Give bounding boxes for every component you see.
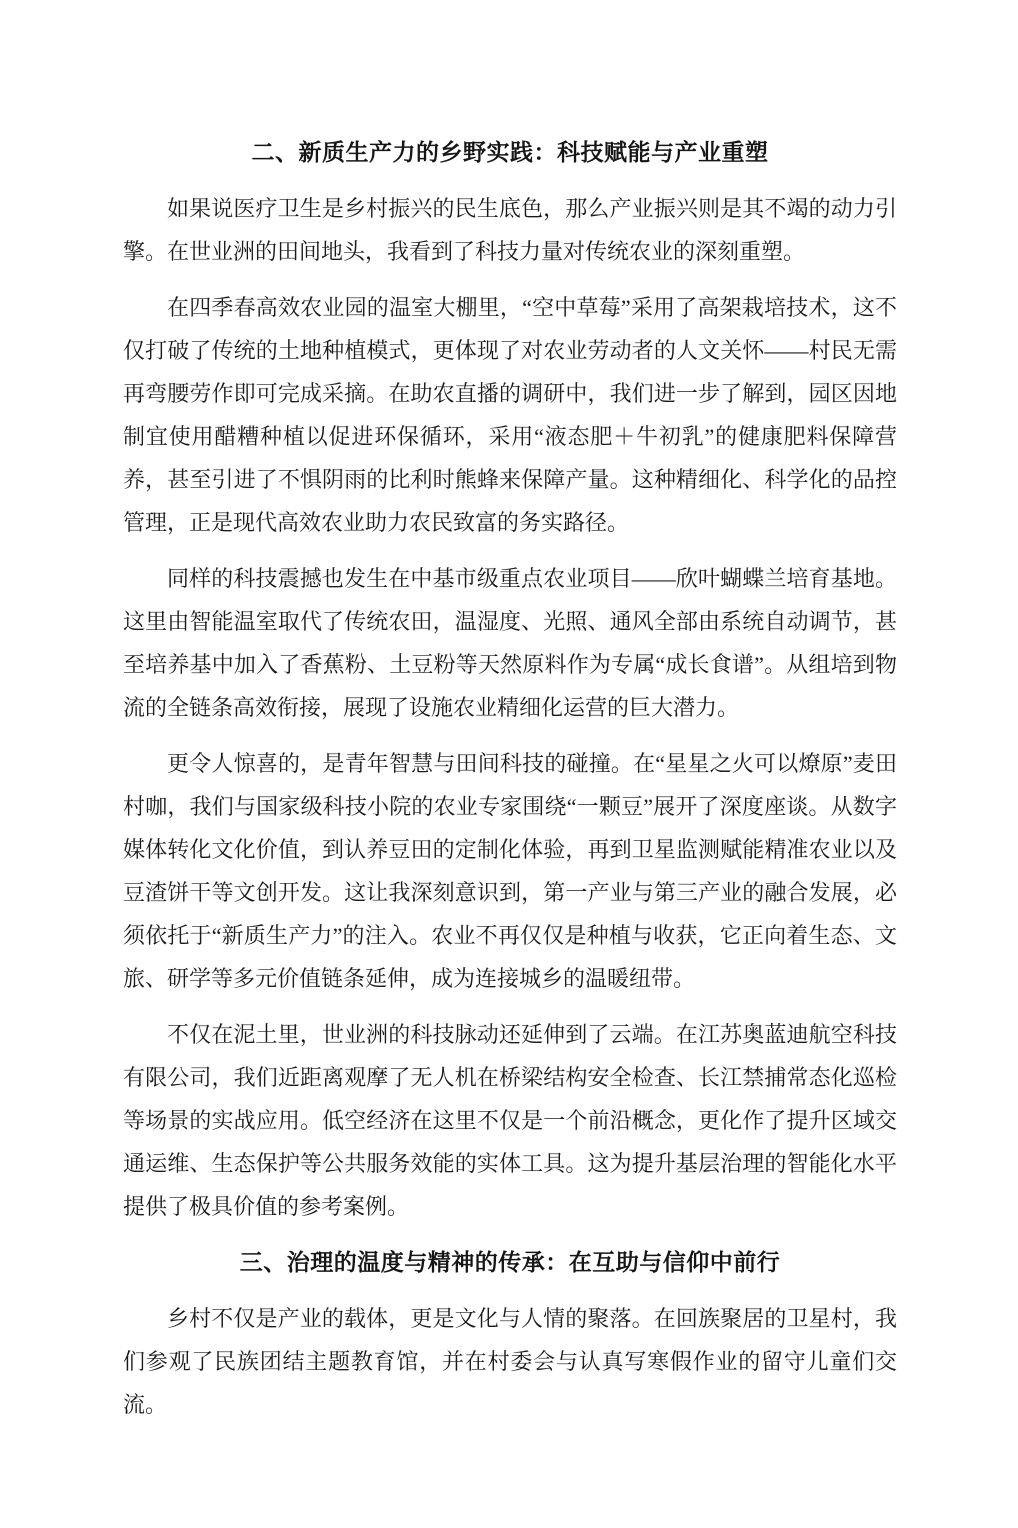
- document-page: 二、新质生产力的乡野实践：科技赋能与产业重塑 如果说医疗卫生是乡村振兴的民生底色…: [0, 0, 1018, 1528]
- paragraph-intro: 如果说医疗卫生是乡村振兴的民生底色，那么产业振兴则是其不竭的动力引擎。在世业洲的…: [123, 187, 897, 273]
- paragraph-orchid-base: 同样的科技震撼也发生在中基市级重点农业项目——欣叶蝴蝶兰培育基地。这里由智能温室…: [123, 557, 897, 729]
- paragraph-youth-tech: 更令人惊喜的，是青年智慧与田间科技的碰撞。在“星星之火可以燎原”麦田村咖，我们与…: [123, 742, 897, 1000]
- paragraph-drone-tech: 不仅在泥土里，世业洲的科技脉动还延伸到了云端。在江苏奥蓝迪航空科技有限公司，我们…: [123, 1013, 897, 1228]
- paragraph-village-culture: 乡村不仅是产业的载体，更是文化与人情的聚落。在回族聚居的卫星村，我们参观了民族团…: [123, 1297, 897, 1426]
- section-heading-governance: 三、治理的温度与精神的传承：在互助与信仰中前行: [123, 1241, 897, 1284]
- paragraph-strawberry-farm: 在四季春高效农业园的温室大棚里，“空中草莓”采用了高架栽培技术，这不仅打破了传统…: [123, 286, 897, 544]
- section-heading-new-productivity: 二、新质生产力的乡野实践：科技赋能与产业重塑: [123, 131, 897, 174]
